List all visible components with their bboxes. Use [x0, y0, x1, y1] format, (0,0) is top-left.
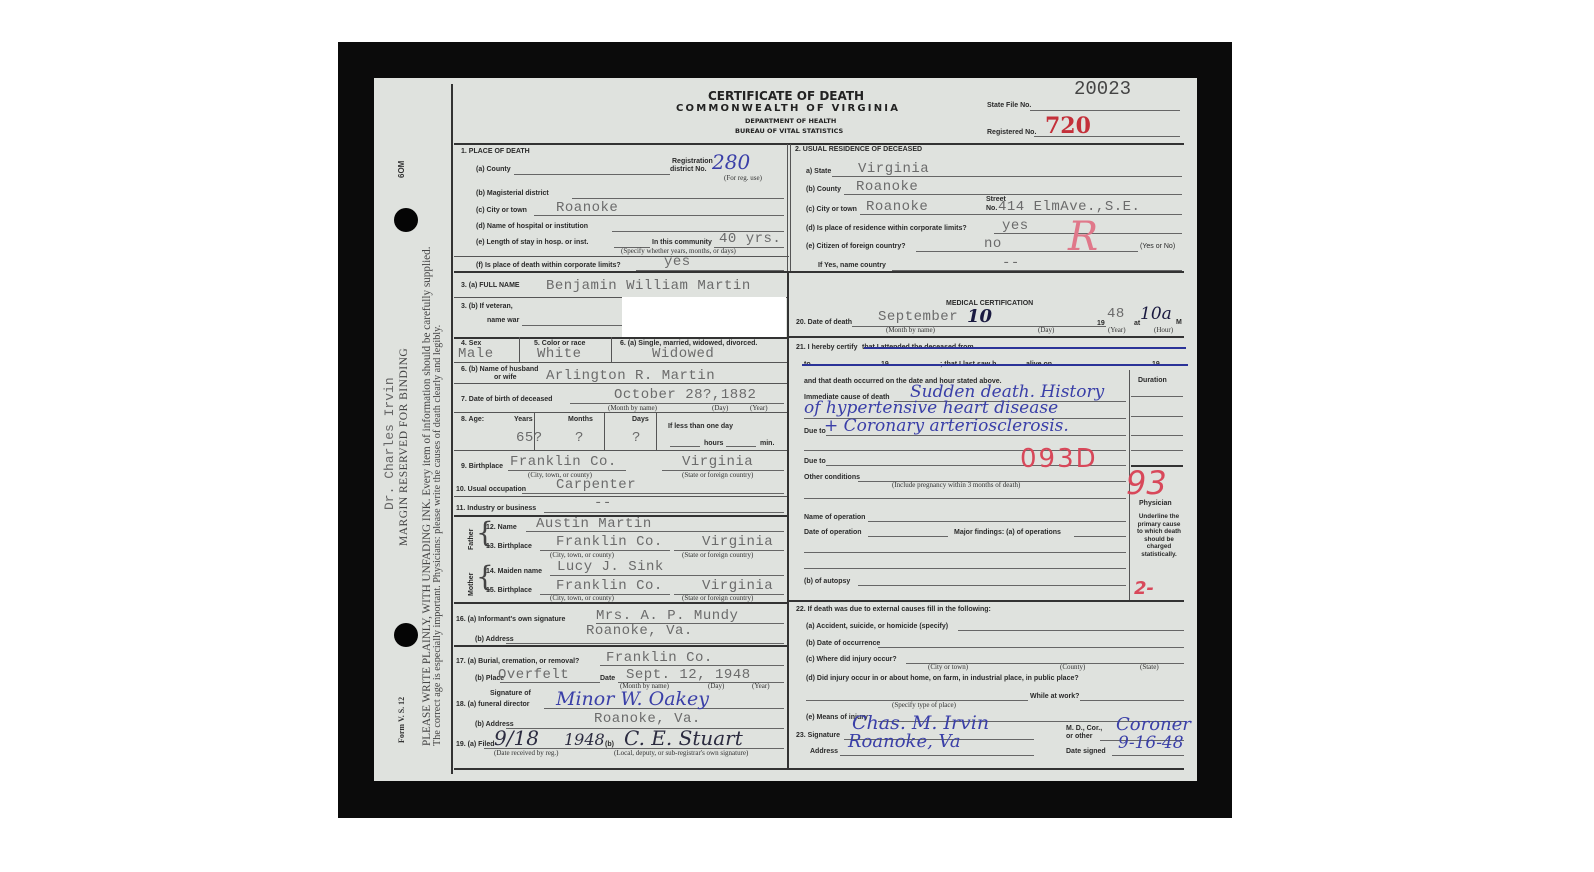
- duration-rule-3: [1131, 435, 1183, 436]
- hospital-label: (d) Name of hospital or institution: [476, 223, 588, 230]
- margin-typed-name: Dr. Charles Irvin: [382, 377, 397, 510]
- dob-day-note: (Day): [712, 404, 728, 412]
- race-value: White: [537, 346, 582, 362]
- date-signed-value: 9-16-48: [1118, 733, 1184, 753]
- dod-century: 19: [1097, 320, 1105, 327]
- residence-heading: 2. USUAL RESIDENCE OF DECEASED: [795, 146, 922, 153]
- mother-tag: Mother: [468, 573, 475, 596]
- mother-city-note: (City, town, or county): [550, 594, 614, 602]
- dod-day-note: (Day): [1038, 326, 1054, 334]
- hours-label: hours: [704, 440, 723, 447]
- community-value: 40 yrs.: [719, 231, 781, 247]
- rule-before-9: [454, 450, 789, 451]
- external-b-label: (b) Date of occurrence: [806, 640, 880, 647]
- birthplace-state: Virginia: [682, 454, 753, 470]
- dob-year-note: (Year): [750, 404, 768, 412]
- funeral-sig-label-1: Signature of: [490, 690, 531, 697]
- father-tag: Father: [468, 529, 475, 550]
- due-to-label-1: Due to: [804, 428, 826, 435]
- months-label: Months: [568, 416, 593, 423]
- citizen-line-full: [916, 251, 1138, 252]
- underline-note: Underline the primary cause to which dea…: [1134, 513, 1184, 558]
- dob-month-note: (Month by name): [608, 404, 657, 412]
- marital-value: Widowed: [652, 346, 714, 362]
- state-file-label: State File No.: [987, 102, 1031, 109]
- date-signed-label: Date signed: [1066, 748, 1106, 755]
- age-months-value: ?: [575, 430, 584, 446]
- duration-rule-2: [1131, 416, 1183, 417]
- filed-date-note: (Date received by reg.): [494, 749, 559, 757]
- divider-sex-race: [519, 337, 520, 362]
- age-years-value: 65?: [516, 430, 543, 446]
- department-title: DEPARTMENT OF HEALTH: [745, 117, 836, 125]
- dod-year: 48: [1107, 306, 1125, 322]
- margin-instructions-2: The correct age is especially important.…: [432, 325, 443, 746]
- foreign-country-label: If Yes, name country: [818, 262, 886, 269]
- redaction-box: [622, 297, 786, 337]
- mother-name-line: [550, 575, 784, 576]
- father-name-label: 12. Name: [486, 524, 517, 531]
- industry-line: [544, 512, 784, 513]
- burial-label: 17. (a) Burial, cremation, or removal?: [456, 658, 579, 665]
- punch-hole-top: [394, 208, 418, 232]
- informant-label: 16. (a) Informant's own signature: [456, 616, 565, 623]
- external-a-rule: [958, 630, 1184, 631]
- funeral-sig-label-2: 18. (a) funeral director: [456, 701, 530, 708]
- external-d-label: (d) Did injury occur in or about home, o…: [806, 675, 1079, 682]
- burial-date-label: Date: [600, 675, 615, 682]
- yes-or-no-note: (Yes or No): [1140, 243, 1175, 250]
- mother-state-note: (State or foreign country): [682, 594, 753, 602]
- res-county-label: (b) County: [806, 186, 841, 193]
- min-label: min.: [760, 440, 774, 447]
- mother-bp-label: 15. Birthplace: [486, 587, 532, 594]
- sig-address-value: Roanoke, Va: [848, 731, 961, 752]
- reg-district-value: 280: [712, 150, 750, 174]
- operation-rule: [868, 521, 1126, 522]
- reg-use-note: (For reg. use): [724, 174, 762, 182]
- county-label: (a) County: [476, 166, 511, 173]
- header-rule: [454, 143, 1184, 145]
- street-value: 414 ElmAve.,S.E.: [998, 199, 1140, 215]
- veteran-line: [522, 325, 622, 326]
- full-name-value: Benjamin William Martin: [546, 278, 751, 294]
- operation-label: Name of operation: [804, 514, 865, 521]
- other-rule-2: [804, 498, 1126, 499]
- place-of-death-heading: 1. PLACE OF DEATH: [461, 148, 530, 155]
- while-at-work-rule: [1080, 700, 1184, 701]
- duration-label: Duration: [1138, 377, 1167, 384]
- rule-before-7: [454, 383, 789, 384]
- cause-line-2: of hypertensive heart disease: [804, 398, 1058, 418]
- left-right-divider: [787, 271, 789, 770]
- registered-label: Registered No.: [987, 129, 1036, 136]
- other-conditions-label: Other conditions: [804, 474, 860, 481]
- duration-rule-1: [1131, 396, 1183, 397]
- certify-strike-2: [802, 364, 1188, 366]
- external-city-note: (City or town): [928, 663, 968, 671]
- rule-before-17: [454, 645, 789, 647]
- spouse-value: Arlington R. Martin: [546, 368, 715, 384]
- father-bp-state: Virginia: [702, 534, 773, 550]
- father-name-value: Austin Martin: [536, 516, 652, 532]
- rule-before-16: [454, 602, 789, 604]
- dob-value: October 28?,1882: [614, 387, 756, 403]
- external-state-note: (State): [1140, 663, 1159, 671]
- date-signed-rule: [1112, 755, 1184, 756]
- findings-rule-3: [804, 568, 1126, 569]
- dob-label: 7. Date of birth of deceased: [461, 396, 552, 403]
- informant-address-label: (b) Address: [475, 636, 514, 643]
- reg-district-label-1: Registration: [672, 158, 713, 165]
- dod-month-note: (Month by name): [886, 326, 935, 334]
- filed-year: 1948: [564, 730, 605, 749]
- burial-year-note: (Year): [752, 682, 770, 690]
- sig-address-label: Address: [810, 748, 838, 755]
- state-file-line: [1030, 110, 1180, 111]
- external-b-rule: [878, 647, 1184, 648]
- divider-months-days: [604, 412, 605, 450]
- registered-number: 720: [1045, 113, 1091, 139]
- filed-b-label: (b): [605, 741, 614, 748]
- funeral-address-value: Roanoke, Va.: [594, 711, 701, 727]
- occupation-label: 10. Usual occupation: [456, 486, 526, 493]
- death-corporate-label: (f) Is place of death within corporate l…: [476, 262, 621, 269]
- stay-label: (e) Length of stay in hosp. or inst.: [476, 239, 588, 246]
- rule-bottom-left: [454, 768, 789, 770]
- father-state-note: (State or foreign country): [682, 551, 753, 559]
- divider-days-hours: [656, 412, 657, 450]
- rule-before-11: [454, 496, 789, 497]
- mother-bp-state: Virginia: [702, 578, 773, 594]
- years-label: Years: [514, 416, 533, 423]
- res-city-label: (c) City or town: [806, 206, 857, 213]
- min-line: [726, 446, 756, 447]
- type-of-place-note: (Specify type of place): [892, 701, 956, 709]
- signature-label: 23. Signature: [796, 732, 840, 739]
- magisterial-label: (b) Magisterial district: [476, 190, 549, 197]
- certify-label: 21. I hereby certify: [796, 344, 857, 351]
- sig-address-rule: [840, 755, 1034, 756]
- rule-before-8: [454, 412, 789, 413]
- section-divider-1-2-b: [790, 144, 791, 272]
- dod-label: 20. Date of death: [796, 319, 852, 326]
- red-r-mark: R: [1068, 214, 1098, 260]
- op-date-rule: [868, 536, 948, 537]
- rule-before-22: [789, 600, 1184, 602]
- margin-binding: MARGIN RESERVED FOR BINDING: [398, 348, 410, 546]
- veteran-label-1: 3. (b) If veteran,: [461, 303, 513, 310]
- res-corporate-value: yes: [1002, 218, 1029, 234]
- margin-form-no: Form V. S. 12: [397, 697, 406, 743]
- foreign-country-value: --: [1002, 255, 1020, 271]
- duration-rule-4: [1131, 450, 1183, 451]
- red-code-093d: 093D: [1020, 444, 1098, 474]
- red-code-93: 93: [1126, 464, 1167, 502]
- title-value: Coroner: [1116, 714, 1191, 735]
- rule-before-6b: [454, 362, 789, 363]
- industry-value: --: [594, 495, 612, 511]
- death-city-value: Roanoke: [556, 200, 618, 216]
- res-state-value: Virginia: [858, 161, 929, 177]
- full-name-label: 3. (a) FULL NAME: [461, 282, 520, 289]
- res-state-label: a) State: [806, 168, 831, 175]
- age-days-value: ?: [632, 430, 641, 446]
- industry-label: 11. Industry or business: [456, 505, 536, 512]
- hours-line: [670, 446, 700, 447]
- title-label-2: or other: [1066, 733, 1092, 740]
- pregnancy-note: (Include pregnancy within 3 months of de…: [892, 481, 1020, 489]
- op-date-label: Date of operation: [804, 529, 862, 536]
- rule-bottom-right: [789, 768, 1184, 770]
- red-code-2: 2-: [1134, 578, 1154, 599]
- due-to-label-2: Due to: [804, 458, 826, 465]
- autopsy-rule: [858, 585, 1126, 586]
- occupation-line: [522, 493, 784, 494]
- rule-after-1-2: [454, 271, 1184, 273]
- external-county-note: (County): [1060, 663, 1085, 671]
- external-a-label: (a) Accident, suicide, or homicide (spec…: [806, 623, 948, 630]
- physician-label: Physician: [1139, 500, 1172, 507]
- dod-month: September: [878, 309, 958, 325]
- burial-value: Franklin Co.: [606, 650, 713, 666]
- occupation-value: Carpenter: [556, 477, 636, 493]
- margin-divider: [451, 84, 453, 774]
- father-city-note: (City, town, or county): [550, 551, 614, 559]
- spouse-label-2: or wife: [494, 374, 517, 381]
- father-bp-city: Franklin Co.: [556, 534, 663, 550]
- autopsy-label: (b) of autopsy: [804, 578, 850, 585]
- state-file-number: 20023: [1074, 78, 1131, 100]
- informant-value: Mrs. A. P. Mundy: [596, 608, 738, 624]
- street-label-2: No.: [986, 205, 997, 212]
- certificate-title: CERTIFICATE OF DEATH: [708, 89, 864, 103]
- mother-name-label: 14. Maiden name: [486, 568, 542, 575]
- while-at-work-label: While at work?: [1030, 693, 1079, 700]
- margin-code: 6OM: [397, 161, 406, 178]
- mother-bp-city: Franklin Co.: [556, 578, 663, 594]
- rule-before-21: [789, 336, 1184, 338]
- father-bp-label: 13. Birthplace: [486, 543, 532, 550]
- less-day-label: If less than one day: [668, 423, 733, 430]
- major-findings-label: Major findings: (a) of operations: [954, 529, 1061, 536]
- registrar-signature: C. E. Stuart: [624, 726, 743, 750]
- commonwealth-title: COMMONWEALTH OF VIRGINIA: [676, 103, 900, 114]
- magisterial-line: [572, 198, 784, 199]
- burial-date-value: Sept. 12, 1948: [626, 667, 751, 683]
- findings-rule-2: [804, 552, 1126, 553]
- dod-day: 10: [967, 306, 992, 327]
- community-label: In this community: [652, 239, 712, 246]
- informant-address-value: Roanoke, Va.: [586, 623, 693, 639]
- cause-line-3: + Coronary arteriosclerosis.: [824, 416, 1069, 436]
- external-c-label: (c) Where did injury occur?: [806, 656, 897, 663]
- birthplace-city: Franklin Co.: [510, 454, 617, 470]
- section-divider-1-2: [787, 144, 788, 272]
- divider-1e: [454, 256, 789, 257]
- punch-hole-bottom: [394, 623, 418, 647]
- res-county-value: Roanoke: [856, 179, 918, 195]
- days-label: Days: [632, 416, 649, 423]
- informant-address-line: [506, 643, 784, 644]
- birthplace-label: 9. Birthplace: [461, 463, 503, 470]
- veteran-label-2: name war: [487, 317, 519, 324]
- dod-hour: 10a: [1140, 304, 1172, 324]
- filed-label: 19. (a) Filed: [456, 741, 495, 748]
- reg-district-label-2: district No.: [670, 166, 707, 173]
- due-to-rule-1: [826, 435, 1126, 436]
- county-line: [514, 174, 670, 175]
- death-corporate-value: yes: [664, 254, 691, 270]
- bureau-title: BUREAU OF VITAL STATISTICS: [735, 127, 843, 135]
- mother-name-value: Lucy J. Sink: [557, 559, 664, 575]
- title-label-1: M. D., Cor.,: [1066, 725, 1102, 732]
- dod-hour-note: (Hour): [1154, 326, 1173, 334]
- age-label: 8. Age:: [461, 416, 484, 423]
- res-city-value: Roanoke: [866, 199, 928, 215]
- divider-race-marital: [611, 337, 612, 362]
- citizen-label: (e) Citizen of foreign country?: [806, 243, 906, 250]
- burial-place-value: Overfelt: [498, 667, 569, 683]
- dod-m-label: M: [1176, 319, 1182, 326]
- res-corporate-label: (d) Is place of residence within corpora…: [806, 225, 967, 232]
- certify-strike-1: [864, 347, 1186, 349]
- funeral-sig-value: Minor W. Oakey: [556, 688, 709, 710]
- external-heading: 22. If death was due to external causes …: [796, 606, 991, 613]
- sex-value: Male: [458, 346, 494, 362]
- death-certificate: Form V. S. 12 6OM PLEASE WRITE PLAINLY, …: [374, 78, 1197, 781]
- burial-day-note: (Day): [708, 682, 724, 690]
- registrar-note: (Local, deputy, or sub-registrar's own s…: [614, 749, 748, 757]
- citizen-value: no: [984, 236, 1002, 252]
- major-findings-rule: [1074, 536, 1126, 537]
- dod-year-note: (Year): [1108, 326, 1126, 334]
- birthplace-state-note: (State or foreign country): [682, 471, 753, 479]
- rule-before-4: [454, 337, 789, 339]
- spouse-label-1: 6. (b) Name of husband: [461, 366, 538, 373]
- death-city-label: (c) City or town: [476, 207, 527, 214]
- filed-date: 9/18: [494, 726, 539, 750]
